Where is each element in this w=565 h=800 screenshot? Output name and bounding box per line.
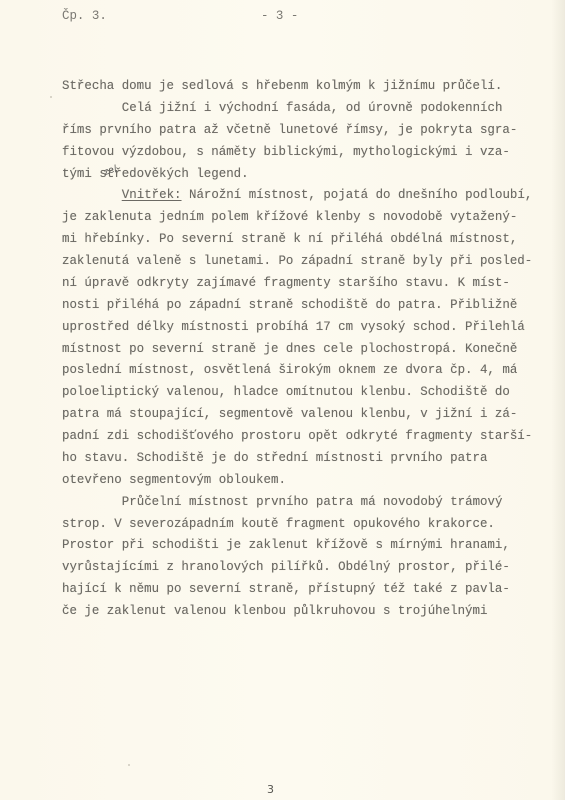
text-line: ho stavu. Schodiště je do střední místno… [62, 448, 552, 470]
line-text: padní zdi schodišťového prostoru opět od… [62, 429, 532, 443]
text-line: strop. V severozápadním koutě fragment o… [62, 514, 552, 536]
paper-speck [215, 430, 217, 432]
section-heading: Vnitřek: [122, 188, 182, 202]
paper-speck [50, 96, 52, 98]
text-line: poslední místnost, osvětlená širokým okn… [62, 360, 552, 382]
line-text: Nárožní místnost, pojatá do dnešního pod… [182, 188, 533, 202]
text-line: fitovou výzdobou, s náměty biblickými, m… [62, 142, 552, 164]
text-line: místnost po severní straně je dnes cele … [62, 339, 552, 361]
text-line: Střecha domu je sedlová s hřebenm kolmým… [62, 76, 552, 98]
line-text: je zaklenuta jedním polem křížové klenby… [62, 210, 517, 224]
text-line: poloeliptický valenou, hladce omítnutou … [62, 382, 552, 404]
text-line: mi hřebínky. Po severní straně k ní přil… [62, 229, 552, 251]
line-text: Prostor při schodišti je zaklenut křížov… [62, 538, 510, 552]
page-edge-shadow [551, 0, 565, 800]
line-text: Průčelní místnost prvního patra má novod… [122, 495, 503, 509]
line-text: patra má stoupající, segmentově valenou … [62, 407, 517, 421]
text-line: uprostřed délky místnosti probíhá 17 cm … [62, 317, 552, 339]
text-line: patra má stoupající, segmentově valenou … [62, 404, 552, 426]
text-line: nosti přiléhá po západní straně schodišt… [62, 295, 552, 317]
line-text: říms prvního patra až včetně lunetové ří… [62, 123, 517, 137]
paper-speck [128, 764, 130, 766]
line-text: hající k němu po severní straně, přístup… [62, 582, 510, 596]
document-page: Čp. 3. - 3 - ze/ Střecha domu je sedlová… [0, 0, 565, 800]
line-text: Střecha domu je sedlová s hřebenm kolmým… [62, 79, 502, 93]
line-text: vyrůstajícími z hranolových pilířků. Obd… [62, 560, 510, 574]
line-text: če je zaklenut valenou klenbou půlkruhov… [62, 604, 487, 618]
footer-page-number: 3 [267, 783, 274, 796]
text-line: padní zdi schodišťového prostoru opět od… [62, 426, 552, 448]
page-header-number: - 3 - [261, 8, 298, 24]
line-text: mi hřebínky. Po severní straně k ní přil… [62, 232, 517, 246]
text-line: če je zaklenut valenou klenbou půlkruhov… [62, 601, 552, 623]
text-line: Celá jižní i východní fasáda, od úrovně … [62, 98, 552, 120]
line-text: otevřeno segmentovým obloukem. [62, 473, 286, 487]
text-line: otevřeno segmentovým obloukem. [62, 470, 552, 492]
document-body: Střecha domu je sedlová s hřebenm kolmým… [62, 76, 552, 623]
line-text: poslední místnost, osvětlená širokým okn… [62, 363, 517, 377]
line-text: tými středověkých legend. [62, 167, 249, 181]
line-text: fitovou výzdobou, s náměty biblickými, m… [62, 145, 510, 159]
line-text: uprostřed délky místnosti probíhá 17 cm … [62, 320, 525, 334]
text-line: tými středověkých legend. [62, 164, 552, 186]
line-text: zaklenutá valeně s lunetami. Po západní … [62, 254, 532, 268]
line-text: ho stavu. Schodiště je do střední místno… [62, 451, 487, 465]
text-line: Průčelní místnost prvního patra má novod… [62, 492, 552, 514]
text-line: říms prvního patra až včetně lunetové ří… [62, 120, 552, 142]
text-line: Vnitřek: Nárožní místnost, pojatá do dne… [62, 185, 552, 207]
line-text: ní úpravě odkryty zajímavé fragmenty sta… [62, 276, 510, 290]
text-line: Prostor při schodišti je zaklenut křížov… [62, 535, 552, 557]
text-line: vyrůstajícími z hranolových pilířků. Obd… [62, 557, 552, 579]
text-line: hající k němu po severní straně, přístup… [62, 579, 552, 601]
text-line: zaklenutá valeně s lunetami. Po západní … [62, 251, 552, 273]
line-text: Celá jižní i východní fasáda, od úrovně … [122, 101, 503, 115]
document-reference: Čp. 3. [62, 8, 107, 24]
line-text: strop. V severozápadním koutě fragment o… [62, 517, 495, 531]
line-text: nosti přiléhá po západní straně schodišt… [62, 298, 517, 312]
line-text: poloeliptický valenou, hladce omítnutou … [62, 385, 510, 399]
text-line: ní úpravě odkryty zajímavé fragmenty sta… [62, 273, 552, 295]
text-line: je zaklenuta jedním polem křížové klenby… [62, 207, 552, 229]
line-text: místnost po severní straně je dnes cele … [62, 342, 517, 356]
